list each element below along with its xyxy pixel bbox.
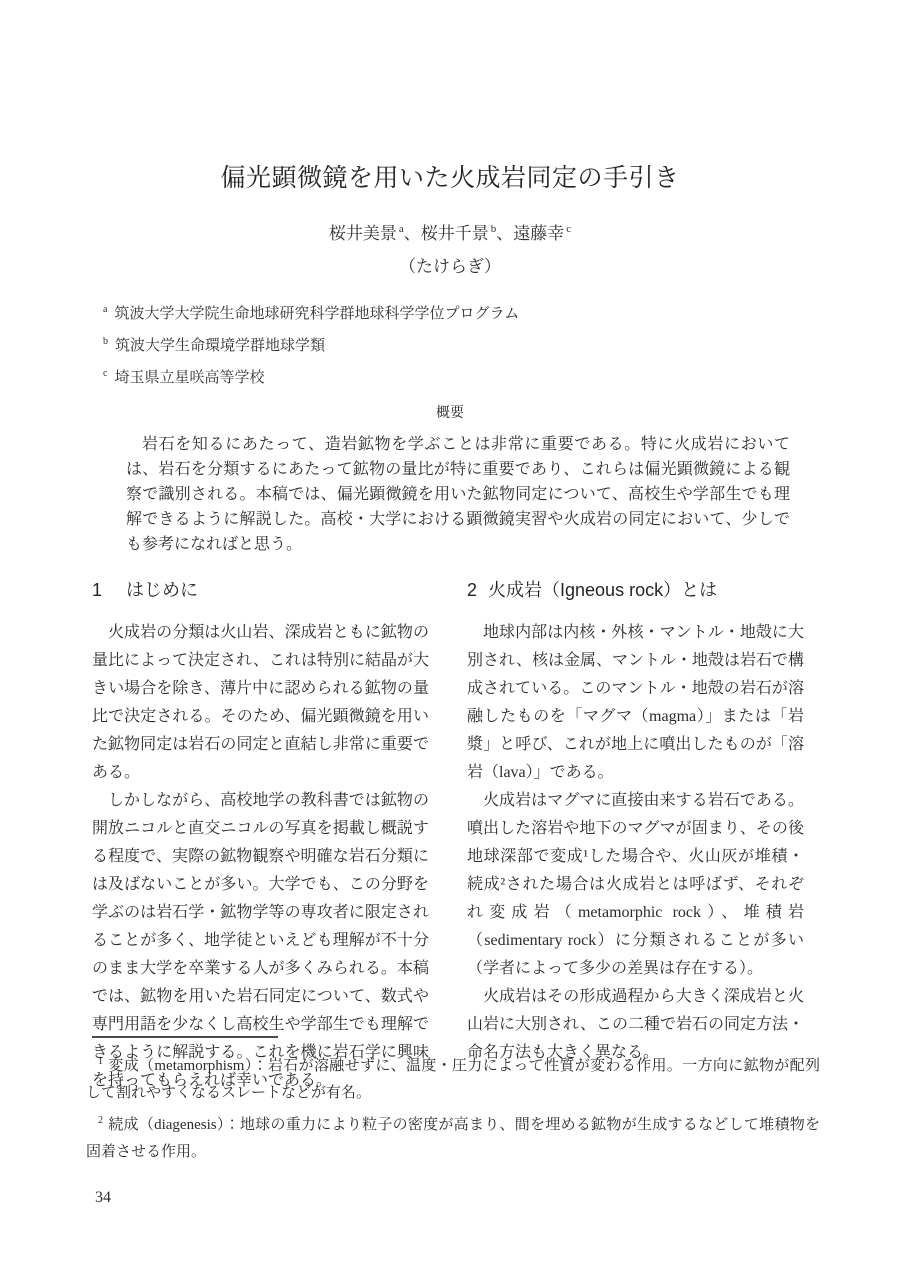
section-title: 火成岩（Igneous rock）とは: [488, 580, 717, 600]
author-separator: 、: [496, 224, 513, 243]
author-name: 桜井美景: [329, 224, 397, 243]
affiliation-list: a筑波大学大学院生命地球研究科学群地球科学学位プログラム b筑波大学生命環境学群…: [103, 296, 519, 392]
footnote-marker: 2: [98, 1115, 103, 1126]
author-name: 遠藤幸: [513, 224, 564, 243]
section-title: はじめに: [126, 580, 198, 600]
affiliation-marker: a: [103, 304, 107, 315]
footnote-text: 変成（metamorphism）：岩石が溶融せずに、温度・圧力によって性質が変わ…: [86, 1058, 820, 1101]
author-name: 桜井千景: [421, 224, 489, 243]
footnote-marker: 1: [98, 1056, 103, 1067]
left-column: 1はじめに 火成岩の分類は火山岩、深成岩ともに鉱物の量比によって決定され、これは…: [92, 576, 429, 1095]
abstract-text: 岩石を知るにあたって、造岩鉱物を学ぶことは非常に重要である。特に火成岩においては…: [126, 432, 790, 557]
authors-line: 桜井美景a、桜井千景b、遠藤幸c: [0, 219, 900, 244]
section-number: 2: [467, 580, 477, 600]
paper-title: 偏光顕微鏡を用いた火成岩同定の手引き: [0, 158, 900, 194]
authors-kana-note: （たけらぎ）: [0, 252, 900, 277]
body-paragraph: 地球内部は内核・外核・マントル・地殻に大別され、核は金属、マントル・地殻は岩石で…: [467, 619, 804, 787]
section-heading: 1はじめに: [92, 576, 429, 602]
affiliation-text: 筑波大学大学院生命地球研究科学群地球科学学位プログラム: [114, 306, 519, 322]
body-paragraph: 火成岩の分類は火山岩、深成岩ともに鉱物の量比によって決定され、これは特別に結晶が…: [92, 619, 429, 787]
footnote-text: 続成（diagenesis）：地球の重力により粒子の密度が高まり、間を埋める鉱物…: [86, 1117, 820, 1160]
affiliation-text: 筑波大学生命環境学群地球学類: [115, 338, 325, 354]
affiliation-marker: b: [103, 336, 108, 347]
affiliation-text: 埼玉県立星咲高等学校: [114, 370, 264, 386]
section-number: 1: [92, 580, 102, 600]
affiliation-item: a筑波大学大学院生命地球研究科学群地球科学学位プログラム: [103, 296, 519, 328]
page-number: 34: [95, 1189, 111, 1207]
footnote-item: 2続成（diagenesis）：地球の重力により粒子の密度が高まり、間を埋める鉱…: [86, 1107, 820, 1166]
author-affiliation-marker: c: [566, 223, 571, 235]
footnote-divider: [92, 1036, 278, 1038]
affiliation-item: b筑波大学生命環境学群地球学類: [103, 328, 519, 360]
author-separator: 、: [404, 224, 421, 243]
right-column: 2火成岩（Igneous rock）とは 地球内部は内核・外核・マントル・地殻に…: [467, 576, 804, 1095]
paper-page: 偏光顕微鏡を用いた火成岩同定の手引き 桜井美景a、桜井千景b、遠藤幸c （たけら…: [0, 0, 900, 1271]
footnote-list: 1変成（metamorphism）：岩石が溶融せずに、温度・圧力によって性質が変…: [86, 1048, 820, 1166]
affiliation-item: c埼玉県立星咲高等学校: [103, 360, 519, 392]
affiliation-marker: c: [103, 368, 107, 379]
body-paragraph: 火成岩はマグマに直接由来する岩石である。噴出した溶岩や地下のマグマが固まり、その…: [467, 787, 804, 983]
footnote-item: 1変成（metamorphism）：岩石が溶融せずに、温度・圧力によって性質が変…: [86, 1048, 820, 1107]
body-columns: 1はじめに 火成岩の分類は火山岩、深成岩ともに鉱物の量比によって決定され、これは…: [92, 576, 804, 1095]
abstract-heading: 概要: [0, 402, 900, 422]
section-heading: 2火成岩（Igneous rock）とは: [467, 576, 804, 602]
